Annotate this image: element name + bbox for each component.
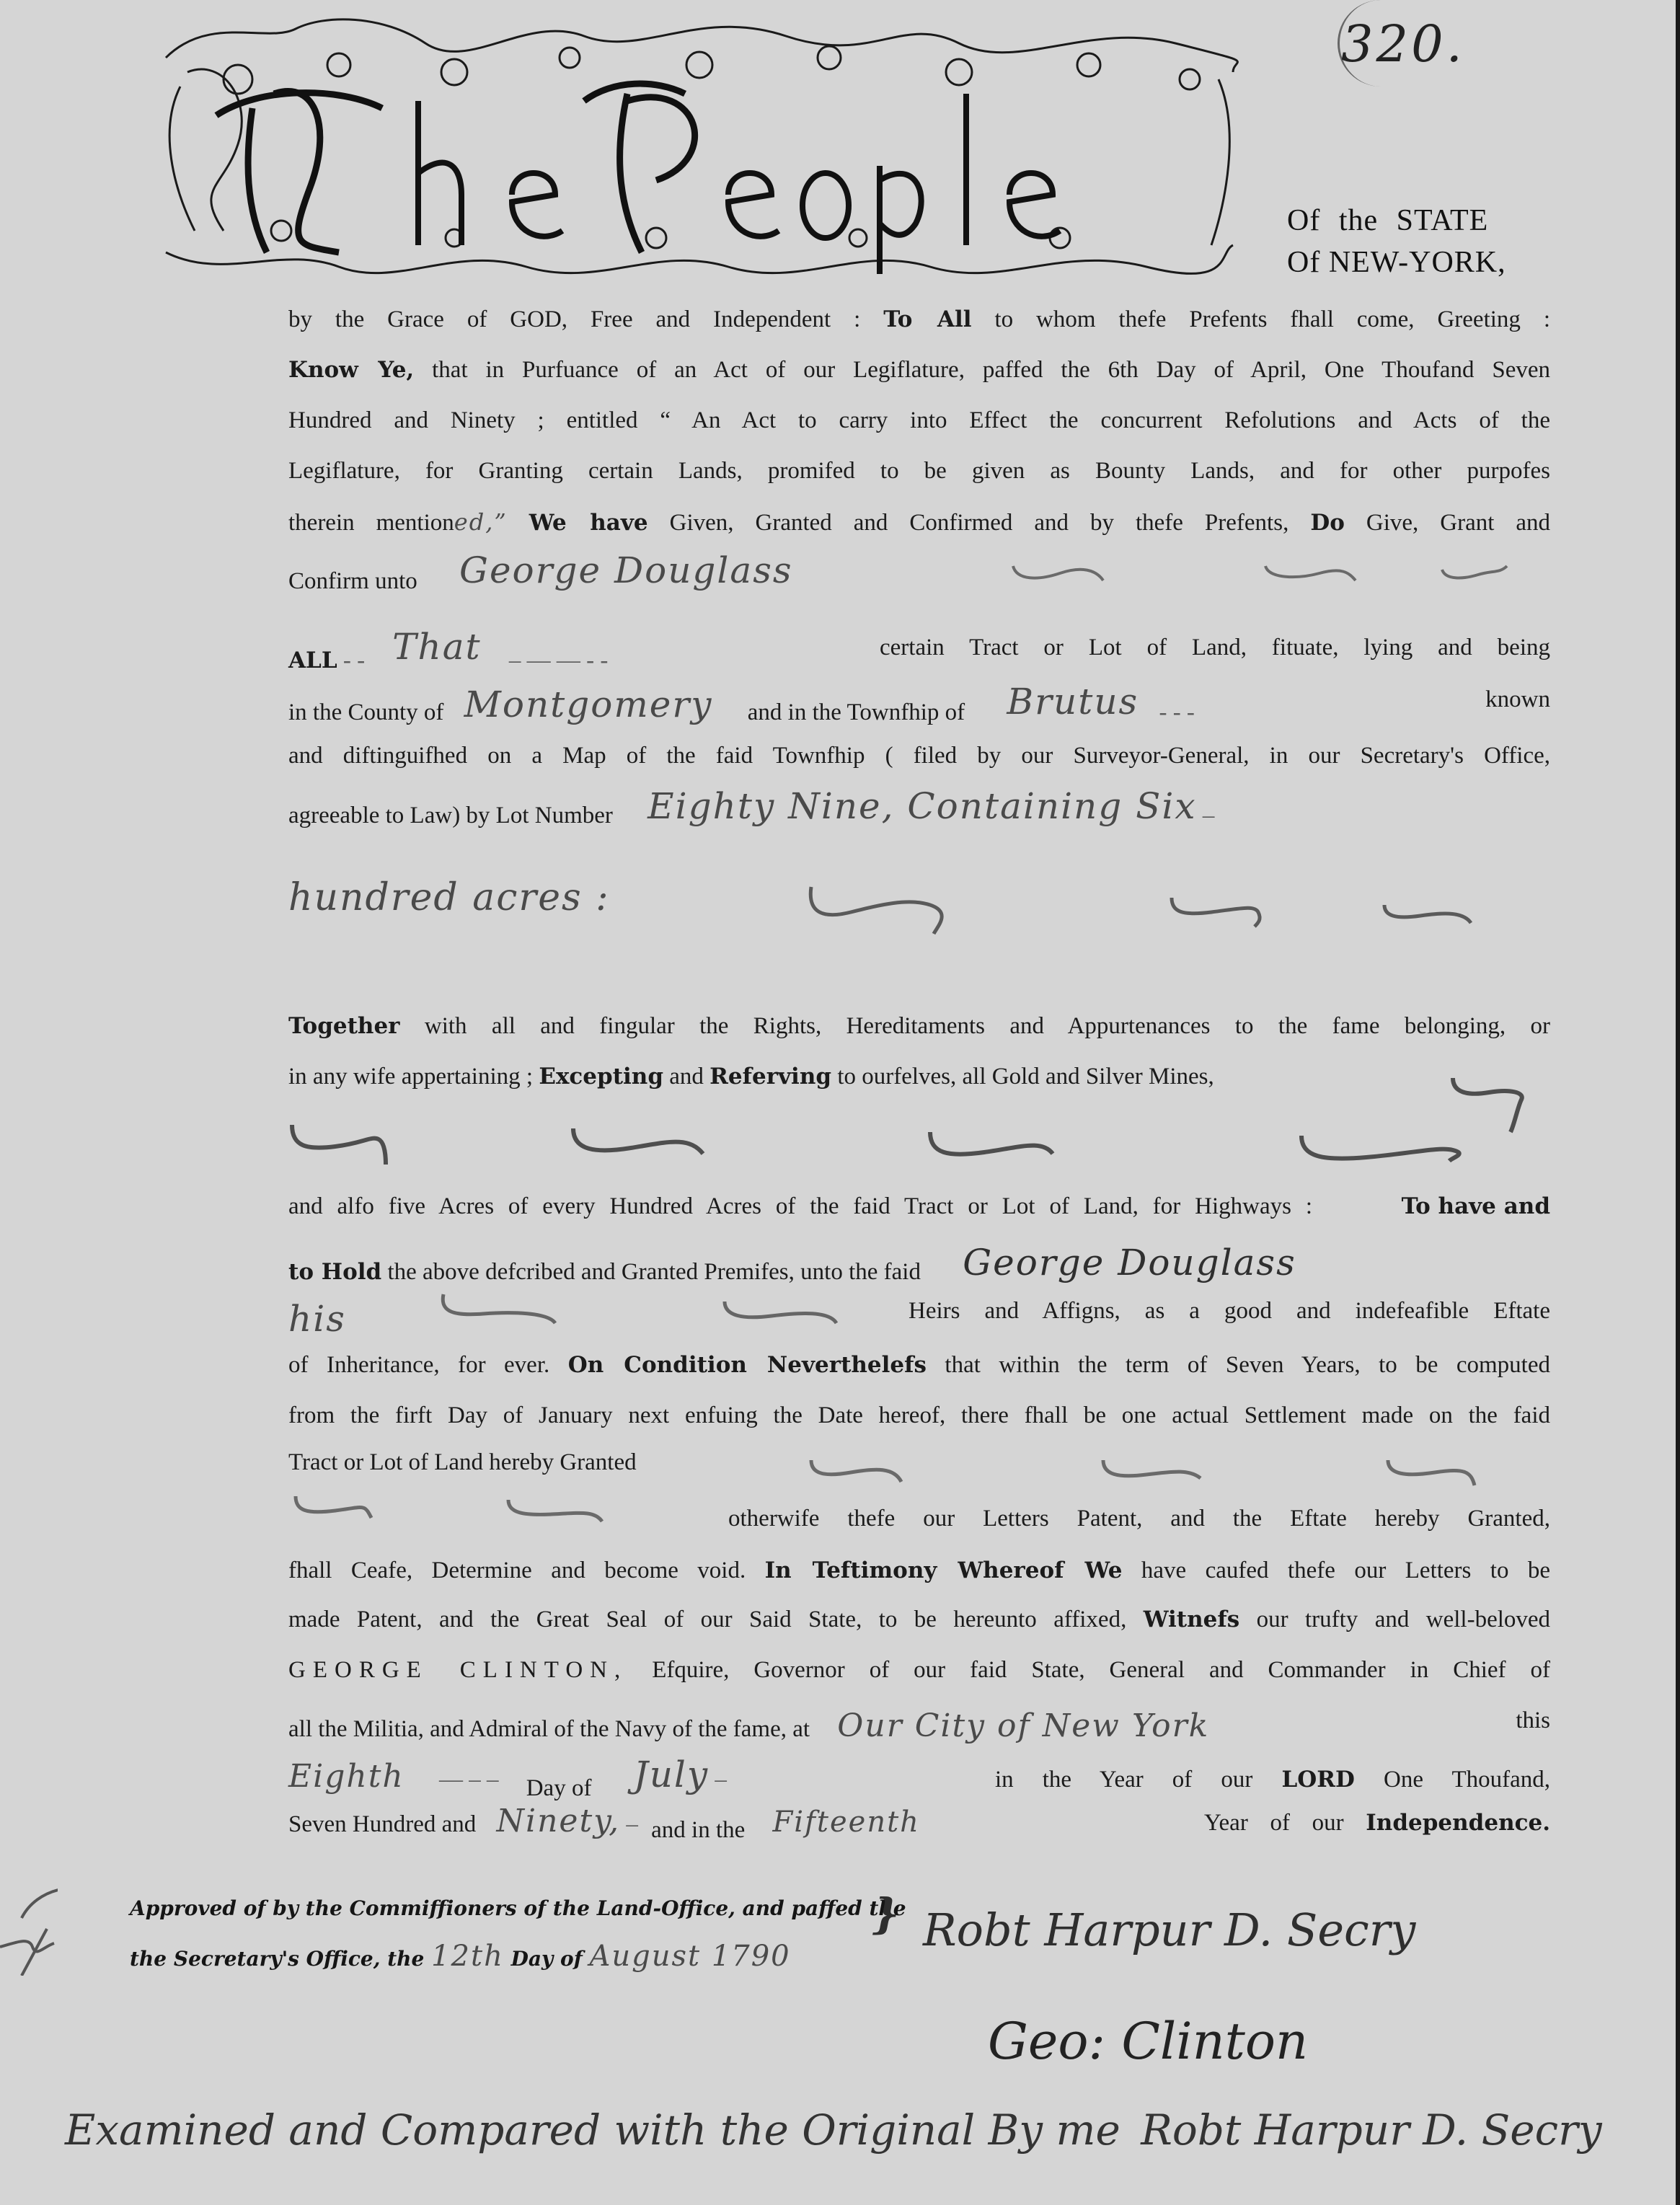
body-line-4: Legiflature, for Granting certain Lands,… bbox=[288, 458, 1550, 485]
state-line-1: Of the STATE bbox=[1287, 203, 1488, 238]
body-line-21: made Patent, and the Great Seal of our S… bbox=[288, 1607, 1550, 1633]
curly-brace-icon: } bbox=[872, 1889, 899, 1938]
approval-line-1: Approved of by the Commiffioners of the … bbox=[130, 1896, 906, 1920]
body-line-16: of Inheritance, for ever. On Condition N… bbox=[288, 1352, 1550, 1379]
grantee-name-handwritten-2: George Douglass bbox=[963, 1242, 1296, 1283]
body-line-2: Know Ye, that in Purfuance of an Act of … bbox=[288, 357, 1550, 384]
body-line-25: Seven Hundred and Ninety, – and in the F… bbox=[288, 1803, 1550, 1839]
body-line-23: all the Militia, and Admiral of the Navy… bbox=[288, 1707, 1550, 1744]
body-line-8: in the County of Montgomery and in the T… bbox=[288, 686, 1550, 728]
blank-fill-flourish-icon bbox=[808, 1457, 1529, 1503]
state-line-2: Of NEW-YORK, bbox=[1287, 245, 1506, 280]
independence-year-handwritten: Fifteenth bbox=[773, 1806, 920, 1839]
approval-line-2: the Secretary's Office, the 12th Day of … bbox=[130, 1940, 791, 1973]
day-handwritten: Eighth bbox=[288, 1758, 404, 1795]
blackletter-independence: Independence. bbox=[1366, 1810, 1550, 1836]
lot-description-handwritten-2: hundred acres : bbox=[288, 876, 610, 919]
body-line-14: to Hold the above defcribed and Granted … bbox=[288, 1246, 1550, 1288]
handwritten-that: That bbox=[392, 626, 481, 668]
margin-mark-handwritten bbox=[0, 1875, 58, 1961]
blackletter-in-testimony: In Teftimony Whereof We bbox=[765, 1557, 1123, 1583]
blackletter-together: Together bbox=[288, 1013, 400, 1039]
body-line-9: and diftinguifhed on a Map of the faid T… bbox=[288, 743, 1550, 769]
body-line-10: agreeable to Law) by Lot Number Eighty N… bbox=[288, 790, 1550, 831]
year-handwritten: Ninety, bbox=[497, 1803, 621, 1839]
county-handwritten: Montgomery bbox=[464, 684, 713, 725]
secretary-signature: Robt Harpur D. Secry bbox=[923, 1904, 1415, 1956]
body-line-11: Together with all and fingular the Right… bbox=[288, 1013, 1550, 1040]
grantee-name-handwritten: George Douglass bbox=[459, 549, 793, 591]
blackletter-to-all: To All bbox=[883, 306, 971, 332]
body-line-7: ALL - - That – — — - - certain Tract or … bbox=[288, 635, 1550, 676]
lot-description-handwritten: Eighty Nine, Containing Six bbox=[647, 785, 1196, 827]
blackletter-witness: Witnefs bbox=[1144, 1607, 1239, 1632]
blackletter-to-hold: to Hold bbox=[288, 1259, 381, 1285]
blank-fill-flourish-icon bbox=[808, 883, 1550, 945]
handwritten-ed: ed,” bbox=[454, 508, 508, 536]
calligraphic-flourish-icon bbox=[151, 14, 1247, 285]
examined-compared-text: Examined and Compared with the Original … bbox=[65, 2105, 1602, 2155]
blank-fill-flourish-icon bbox=[1009, 559, 1514, 591]
body-line-3: Hundred and Ninety ; entitled “ An Act t… bbox=[288, 407, 1550, 434]
body-line-24: Eighth — – – Day of July – in the Year o… bbox=[288, 1754, 1550, 1795]
blackletter-on-condition: On Condition Neverthelefs bbox=[568, 1352, 927, 1378]
body-line-20: fhall Ceafe, Determine and become void. … bbox=[288, 1557, 1550, 1584]
month-handwritten: July bbox=[634, 1754, 709, 1795]
body-line-1: by the Grace of GOD, Free and Independen… bbox=[288, 306, 1550, 333]
blank-fill-flourish-icon bbox=[440, 1291, 872, 1338]
body-line-5: therein mentioned,” We have Given, Grant… bbox=[288, 508, 1550, 536]
approval-month-year-handwritten: August 1790 bbox=[590, 1940, 791, 1973]
body-line-22: GEORGE CLINTON, Efquire, Governor of our… bbox=[288, 1657, 1550, 1684]
blackletter-lord: LORD bbox=[1281, 1767, 1354, 1793]
body-line-13: and alfo five Acres of every Hundred Acr… bbox=[288, 1193, 1550, 1220]
page-edge bbox=[1676, 0, 1680, 2205]
calligraphic-title bbox=[151, 14, 1247, 285]
blank-fill-flourish-icon bbox=[285, 1067, 1554, 1172]
handwritten-his: his bbox=[288, 1298, 346, 1340]
secretary-signature-2: Robt Harpur D. Secry bbox=[1141, 2105, 1601, 2155]
blackletter-we-have: We have bbox=[529, 510, 648, 536]
approval-day-handwritten: 12th bbox=[431, 1940, 504, 1973]
blackletter-all: ALL bbox=[288, 648, 337, 673]
governor-name: GEORGE CLINTON, bbox=[288, 1657, 627, 1683]
place-handwritten: Our City of New York bbox=[837, 1707, 1209, 1744]
folio-number: 320. bbox=[1341, 14, 1465, 74]
township-handwritten: Brutus bbox=[1007, 681, 1139, 723]
body-line-17: from the firft Day of January next enfui… bbox=[288, 1402, 1550, 1429]
blank-fill-flourish-icon bbox=[292, 1493, 725, 1539]
blackletter-to-have-and: To have and bbox=[1402, 1193, 1550, 1219]
blackletter-do: Do bbox=[1310, 510, 1345, 536]
blackletter-know-ye: Know Ye, bbox=[288, 357, 414, 383]
governor-signature: Geo: Clinton bbox=[988, 2012, 1308, 2071]
